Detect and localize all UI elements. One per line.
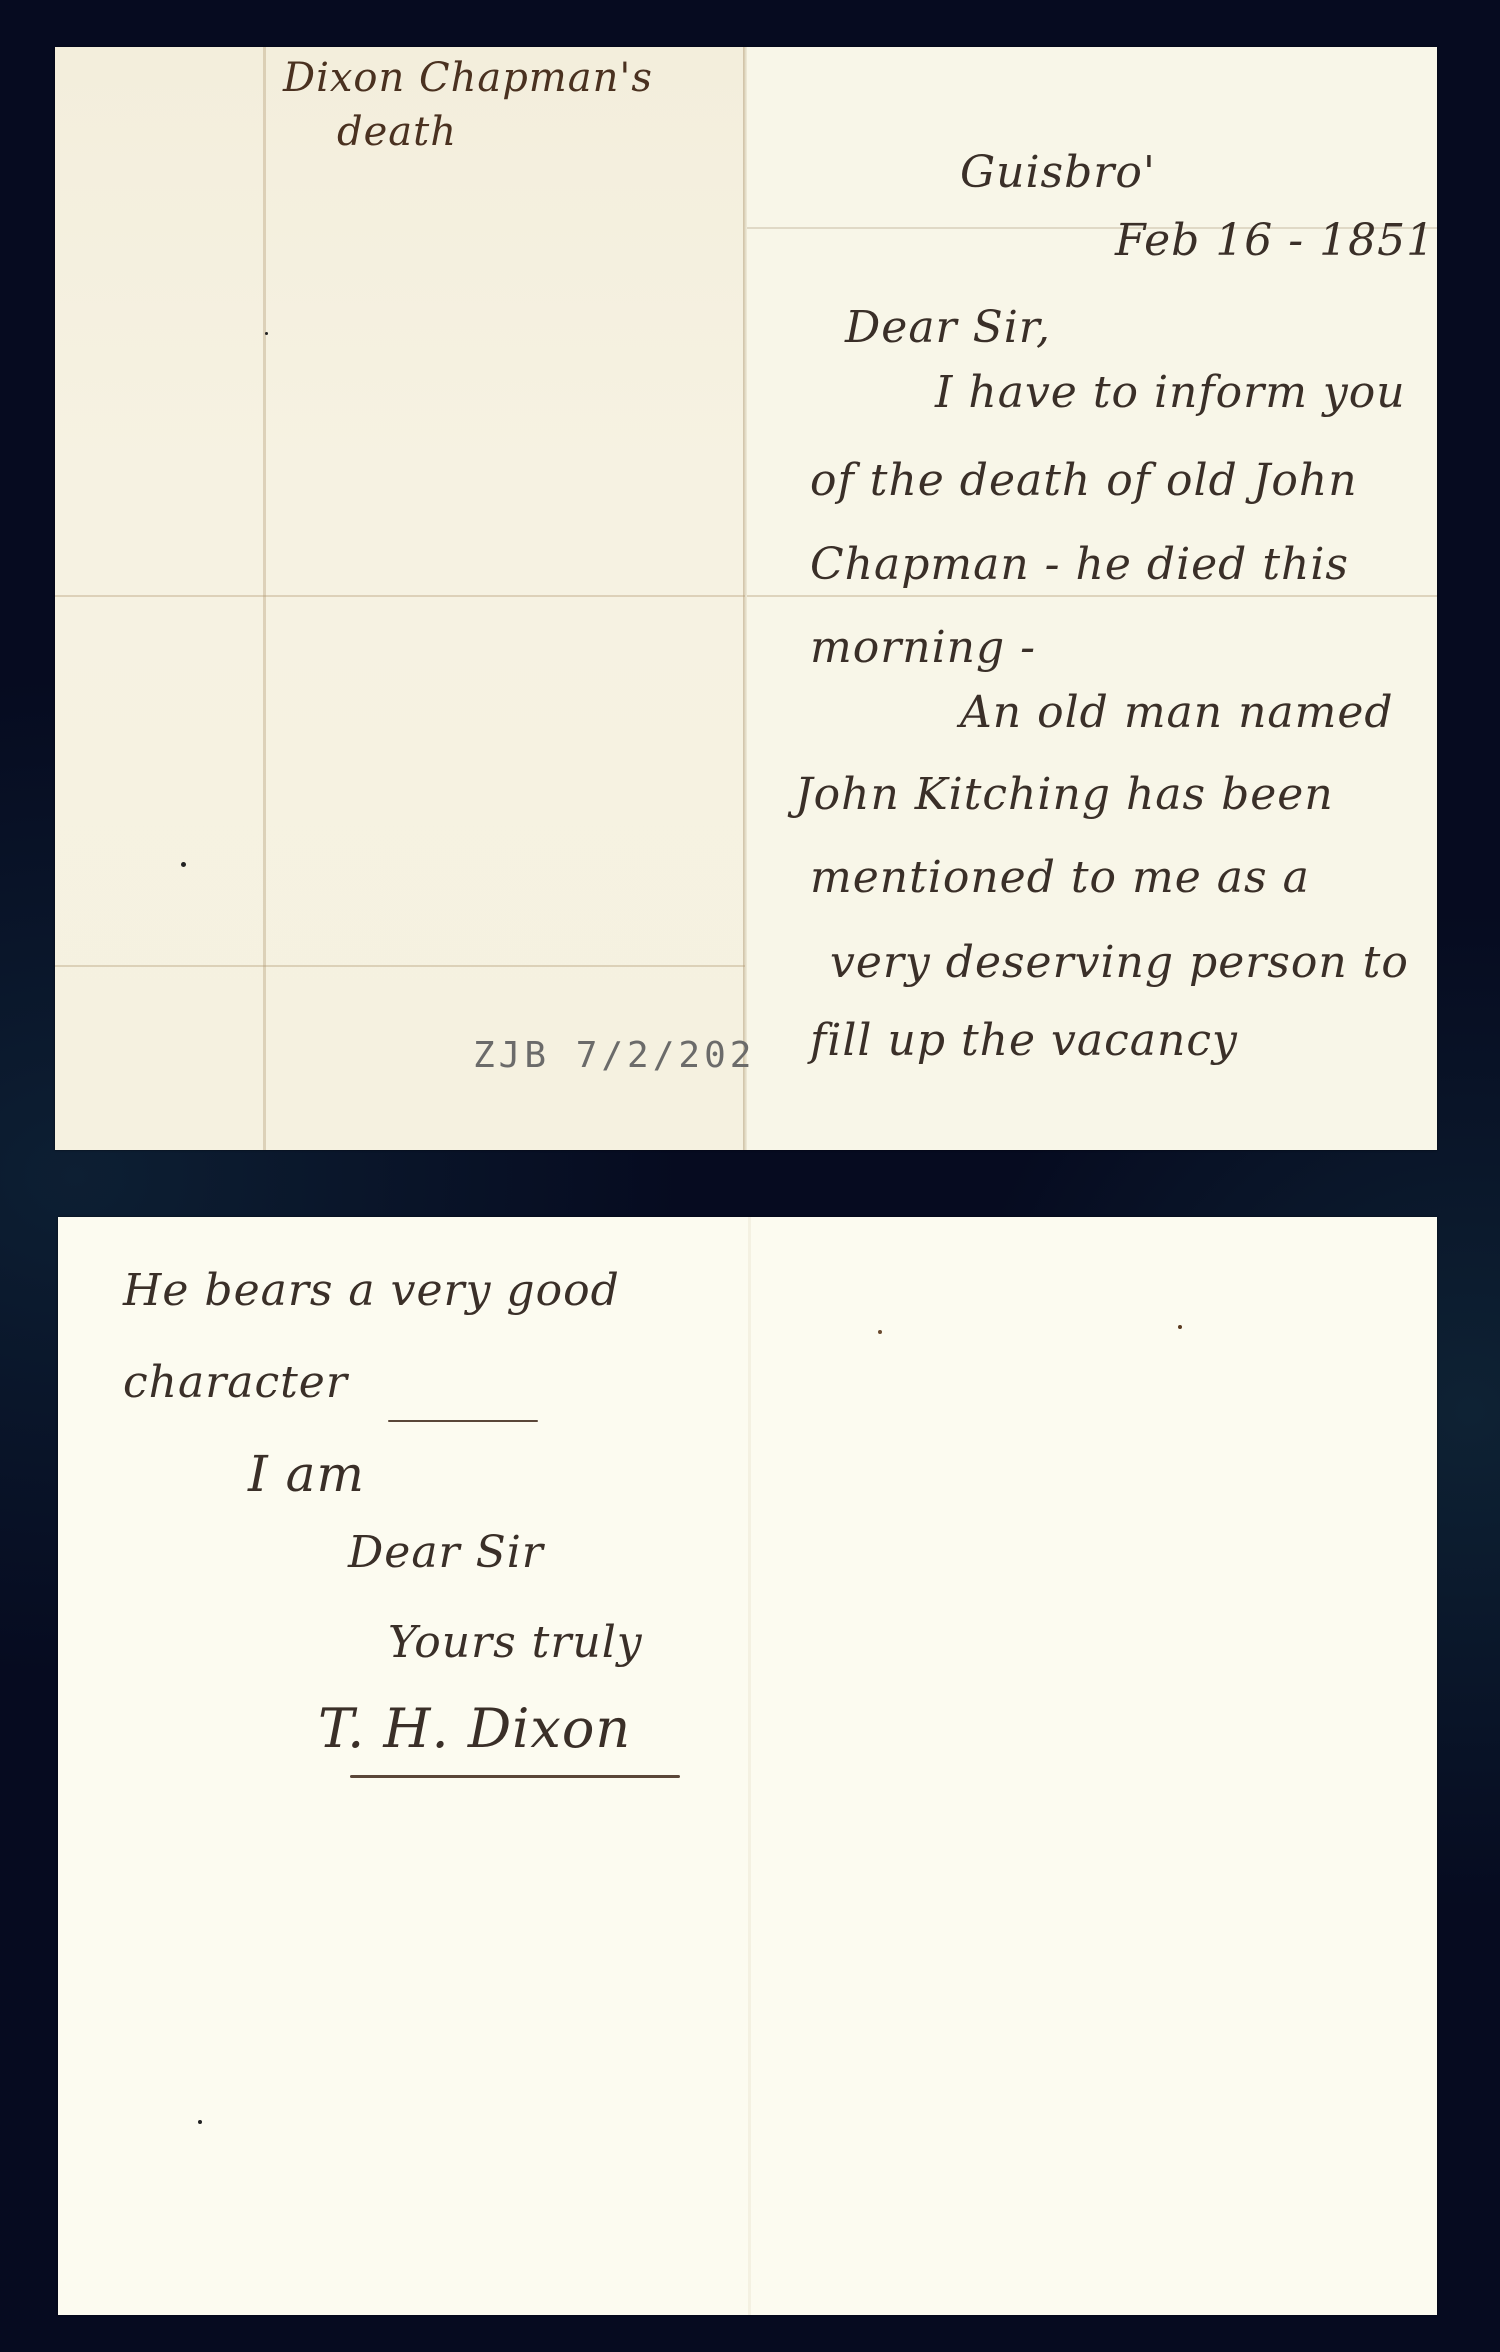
closing-line: Yours truly	[388, 1617, 643, 1668]
ink-speck	[198, 2120, 202, 2124]
docket-line-1: Dixon Chapman's	[283, 55, 653, 101]
archive-reference: ZJB 7/2/202	[473, 1035, 755, 1076]
letter-place: Guisbro'	[960, 147, 1156, 198]
closing-line: I am	[248, 1445, 365, 1503]
fold-line-horizontal	[55, 965, 745, 967]
signature-underline	[350, 1775, 680, 1778]
fold-line-vertical	[263, 47, 266, 1150]
body-line: An old man named	[960, 687, 1394, 738]
ink-speck	[878, 1330, 882, 1334]
body-line: character	[123, 1357, 348, 1408]
body-line: He bears a very good	[123, 1265, 620, 1316]
body-line: John Kitching has been	[795, 769, 1334, 820]
body-line: mentioned to me as a	[810, 852, 1310, 903]
signature: T. H. Dixon	[318, 1697, 631, 1760]
body-line: very deserving person to	[830, 937, 1409, 988]
ink-speck	[181, 862, 186, 867]
page-divider-fold	[743, 47, 747, 1150]
fold-line-horizontal	[55, 595, 745, 597]
letter-salutation: Dear Sir,	[845, 302, 1051, 353]
ink-speck	[265, 332, 268, 335]
docket-line-2: death	[337, 109, 457, 155]
flourish-line	[388, 1420, 538, 1422]
letter-page-1: Dixon Chapman's death ZJB 7/2/202 Guisbr…	[55, 47, 1437, 1150]
letter-date: Feb 16 - 1851	[1115, 215, 1435, 266]
letter-page-2: He bears a very good character I am Dear…	[58, 1217, 1437, 2315]
body-line: Chapman - he died this	[810, 539, 1349, 590]
ink-speck	[1178, 1325, 1182, 1329]
closing-line: Dear Sir	[348, 1527, 544, 1578]
fold-line-horizontal	[747, 595, 1437, 597]
docket-panel	[55, 47, 745, 1150]
body-line: fill up the vacancy	[810, 1015, 1238, 1066]
body-line: of the death of old John	[810, 455, 1358, 506]
body-line: morning -	[810, 622, 1036, 673]
body-line: I have to inform you	[935, 367, 1406, 418]
fold-line-vertical	[748, 1217, 751, 2315]
